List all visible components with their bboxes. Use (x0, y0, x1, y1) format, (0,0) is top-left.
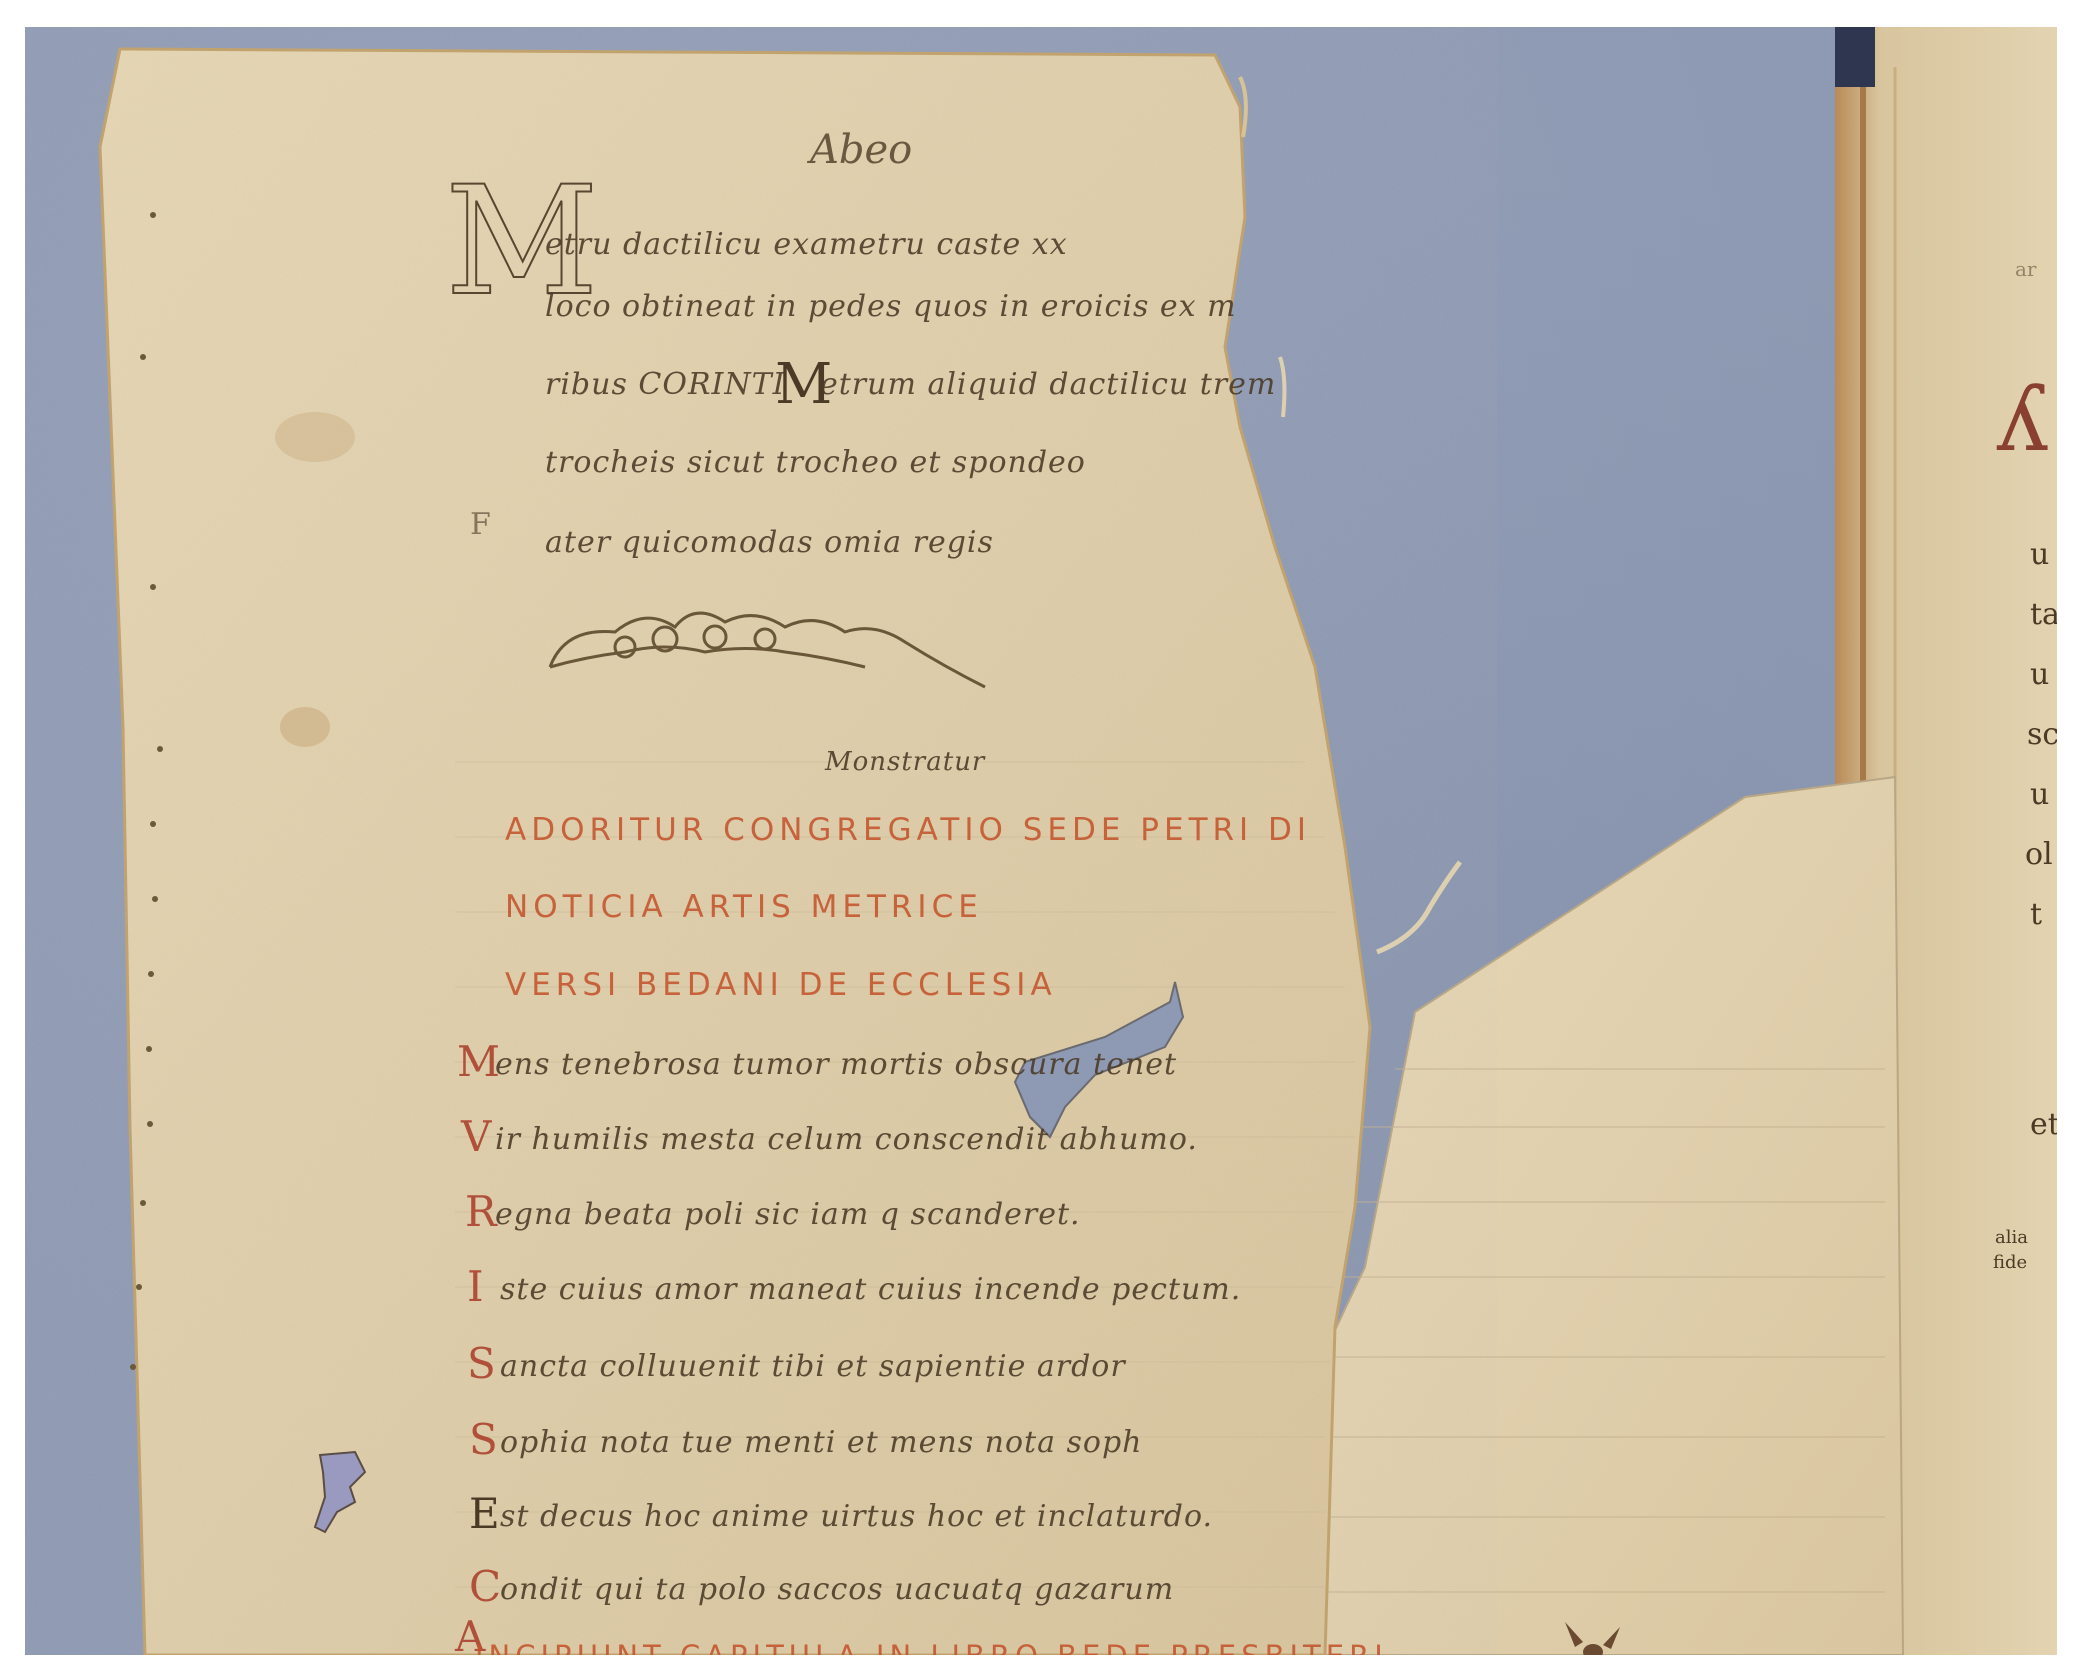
verse-line: ophia nota tue menti et mens nota soph (500, 1425, 1142, 1460)
margin-mark: F (470, 507, 491, 542)
verse-initial: M (457, 1037, 500, 1086)
verse-initial: C (469, 1562, 501, 1611)
right-page-fragment: fide (1993, 1252, 2027, 1273)
verse-initial: E (469, 1489, 500, 1538)
text-line: trocheis sicut trocheo et spondeo (545, 445, 1086, 480)
verse-line: egna beata poli sic iam q scanderet. (495, 1197, 1081, 1232)
right-page-fragment: u (2030, 657, 2049, 692)
right-page-fragment: t (2030, 897, 2042, 932)
verse-initial: S (467, 1339, 496, 1388)
right-page-fragment: u (2030, 537, 2049, 572)
rubric-line: NOTICIA ARTIS METRICE (505, 889, 983, 925)
right-page-fragment: u (2030, 777, 2049, 812)
verse-line: ir humilis mesta celum conscendit abhumo… (495, 1122, 1198, 1157)
right-page-initial: ʎ (1997, 367, 2048, 472)
right-page-fragment: et (2030, 1107, 2057, 1142)
right-page-fragment: ta (2030, 597, 2057, 632)
verse-initial: S (469, 1415, 498, 1464)
page-heading: Abeo (810, 127, 912, 173)
verse-line: ancta colluuenit tibi et sapientie ardor (500, 1349, 1126, 1384)
right-page-fragment: sc (2027, 717, 2057, 752)
verse-line: st decus hoc anime uirtus hoc et inclatu… (500, 1499, 1213, 1534)
text-line: loco obtineat in pedes quos in eroicis e… (545, 289, 1237, 324)
final-rubric: INCIPIUNT CAPITULA IN LIBRO BEDE PRESBIT… (475, 1639, 1388, 1655)
verse-line: ste cuius amor maneat cuius incende pect… (500, 1272, 1241, 1307)
rubric-line: ADORITUR CONGREGATIO SEDE PETRI DI (505, 812, 1311, 848)
right-page-fragment: alia (1995, 1227, 2028, 1248)
small-heading: Monstratur (825, 747, 985, 777)
text-line: etrum aliquid dactilicu trem (820, 367, 1276, 402)
verse-initial: R (465, 1187, 497, 1236)
text-line: ribus CORINTI (545, 367, 786, 402)
verse-line: ens tenebrosa tumor mortis obscura tenet (495, 1047, 1177, 1082)
rubric-line: VERSI BEDANI DE ECCLESIA (505, 967, 1057, 1003)
verse-initial: I (467, 1262, 484, 1311)
text-line: ater quicomodas omia regis (545, 525, 994, 560)
manuscript-photo: Abeo M etru dactilicu exametru caste xx … (25, 27, 2057, 1655)
verse-initial: V (461, 1112, 491, 1161)
right-page-fragment: ol (2025, 837, 2053, 872)
text-line: etru dactilicu exametru caste xx (545, 227, 1068, 262)
verse-line: ondit qui ta polo saccos uacuatq gazarum (500, 1572, 1174, 1607)
right-page-fragment: ar (2015, 257, 2036, 281)
